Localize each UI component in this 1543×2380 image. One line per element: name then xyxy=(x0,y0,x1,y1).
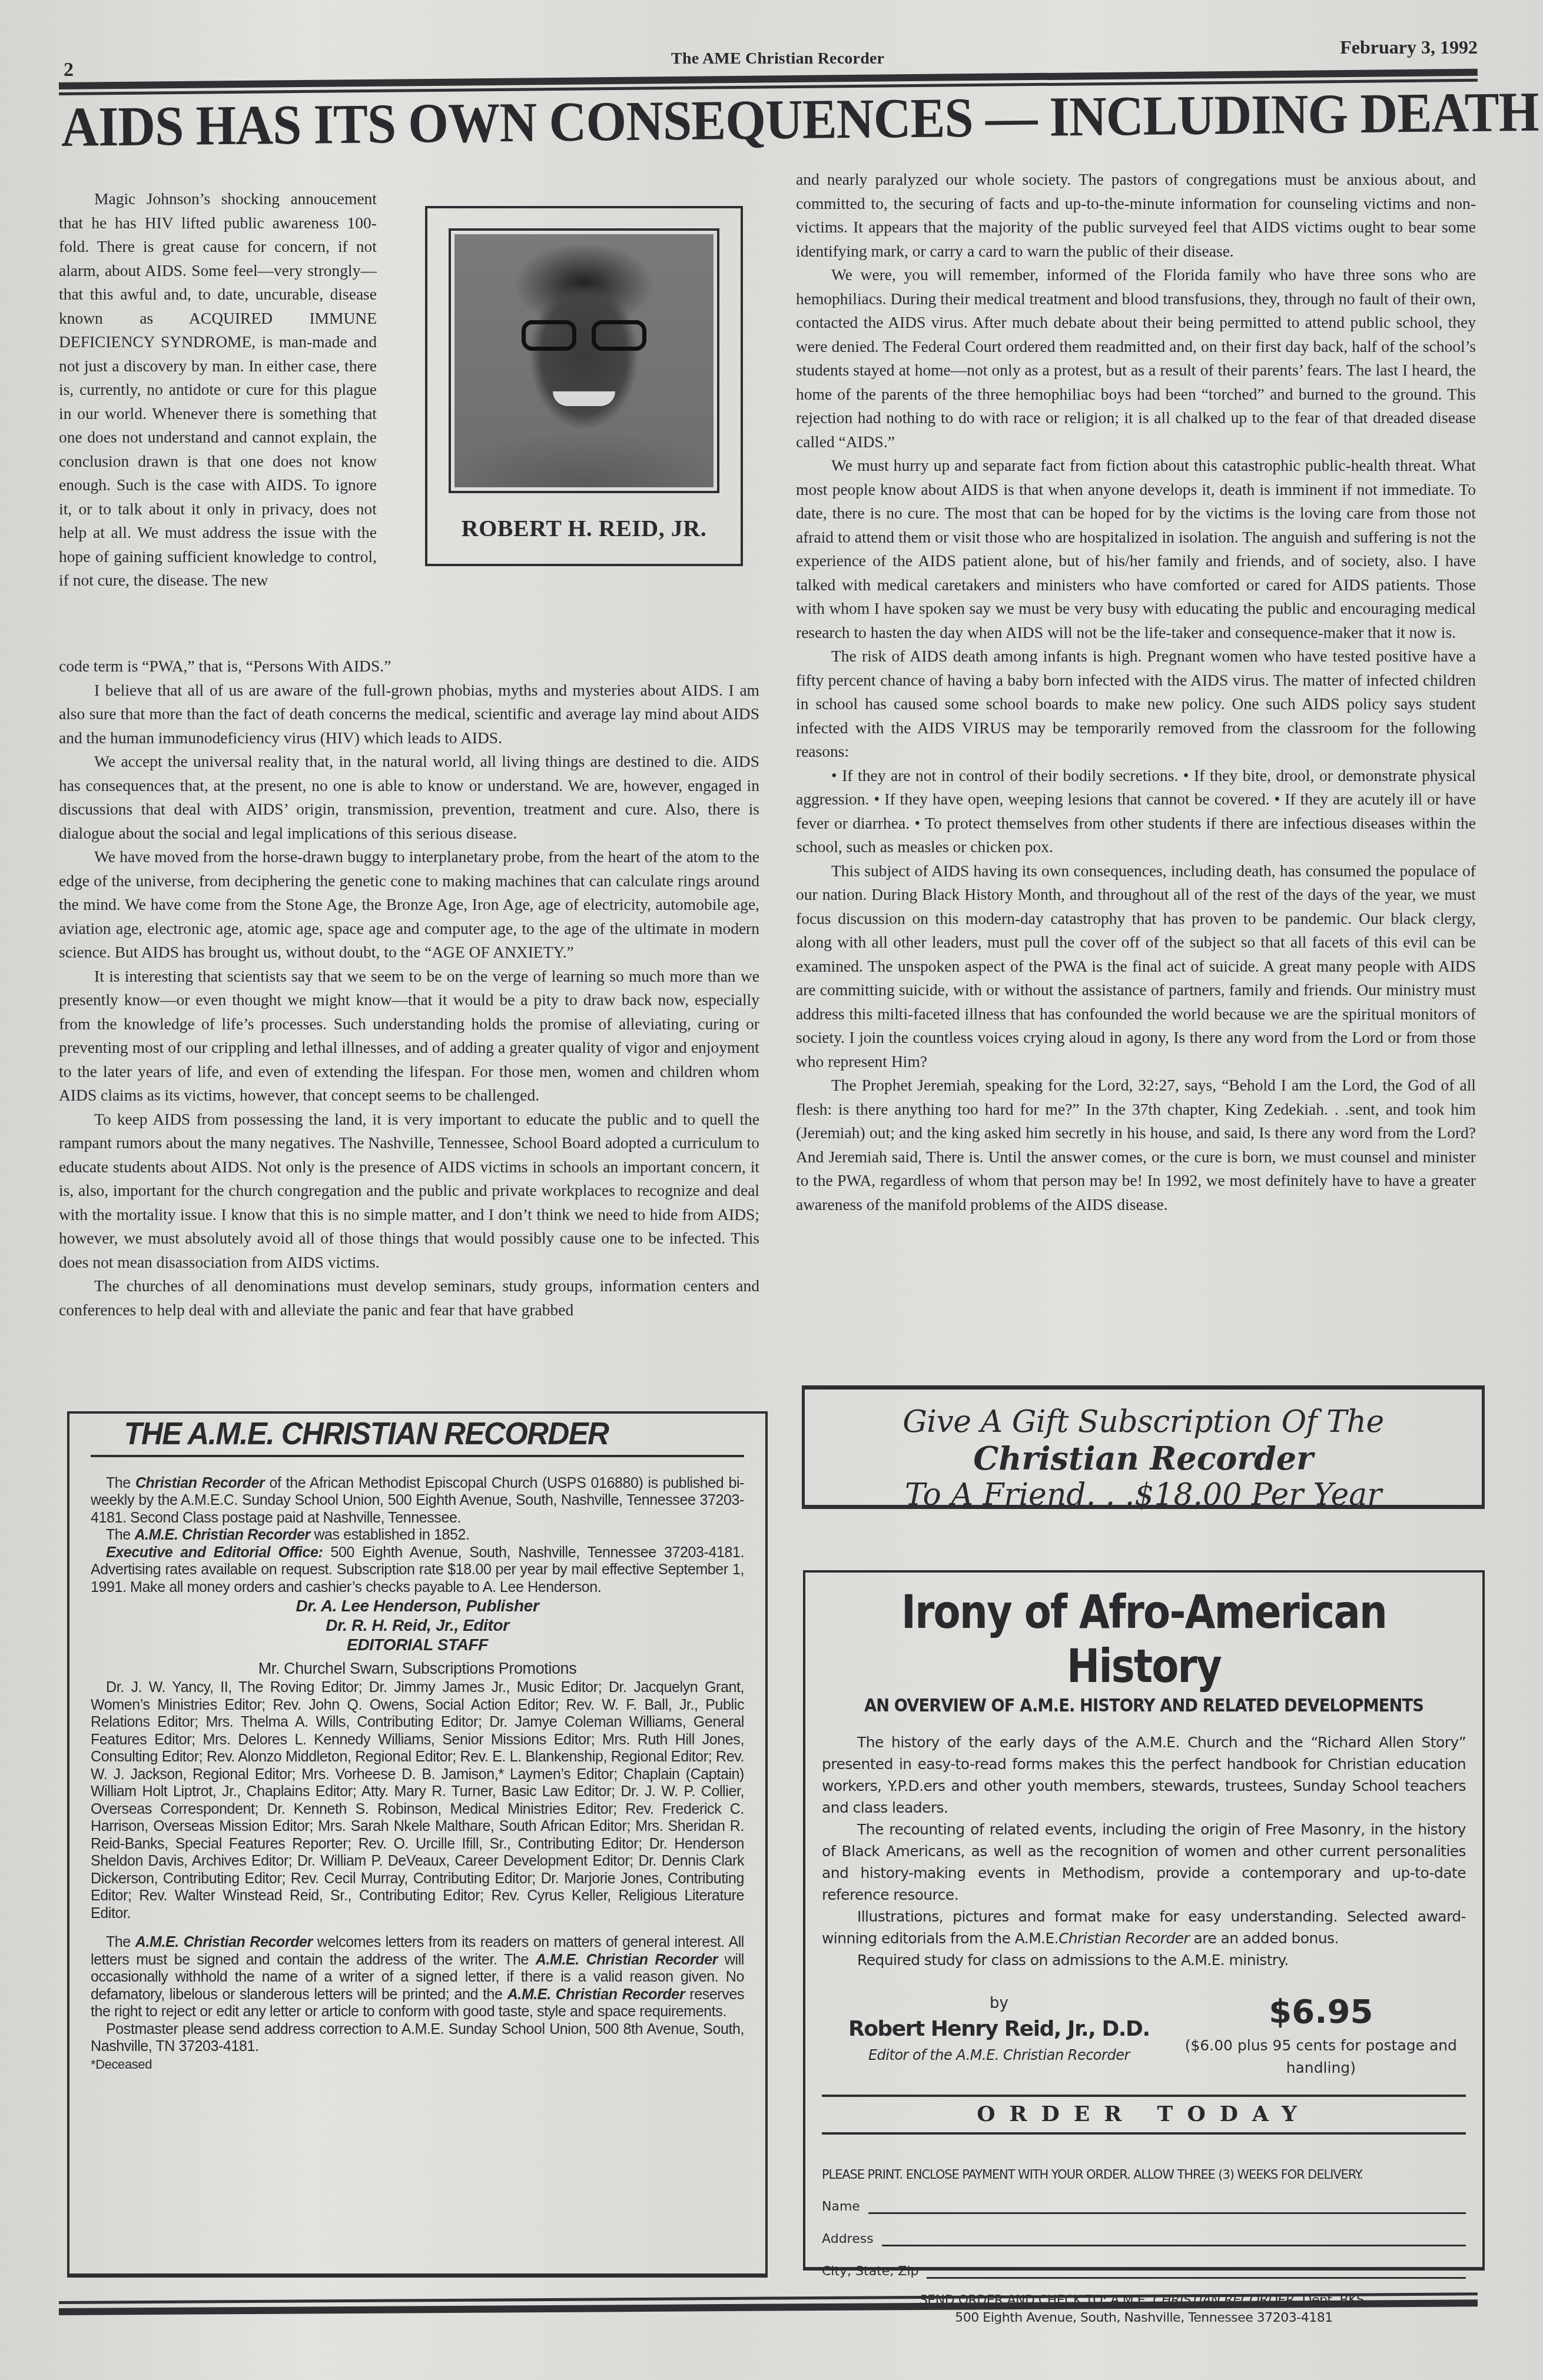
masthead-paragraph: The A.M.E. Christian Recorder was establ… xyxy=(91,1527,744,1544)
city-state-zip-input-line[interactable] xyxy=(927,2265,1466,2279)
book-order-ad: Irony of Afro-American History AN OVERVI… xyxy=(803,1570,1485,2271)
author-portrait-image xyxy=(454,234,714,487)
article-paragraph: Magic Johnson’s shocking annoucement tha… xyxy=(59,187,377,593)
gift-ad-line-3: To A Friend. . .$18.00 Per Year xyxy=(805,1477,1482,1513)
article-paragraph: We must hurry up and separate fact from … xyxy=(796,454,1476,644)
article-bullet-paragraph: • If they are not in control of their bo… xyxy=(796,764,1476,859)
book-price-block: $6.95 ($6.00 plus 95 cents for postage a… xyxy=(1176,1995,1466,2079)
article-paragraph: and nearly paralyzed our whole society. … xyxy=(796,168,1476,263)
article-paragraph: The risk of AIDS death among infants is … xyxy=(796,644,1476,764)
book-author-name: Robert Henry Reid, Jr., D.D. xyxy=(822,2017,1176,2041)
editor-line: Dr. R. H. Reid, Jr., Editor xyxy=(91,1616,744,1635)
editorial-staff-heading: EDITORIAL STAFF xyxy=(91,1635,744,1654)
page-number: 2 xyxy=(64,59,74,81)
article-paragraph: code term is “PWA,” that is, “Persons Wi… xyxy=(59,654,759,679)
letters-policy: The A.M.E. Christian Recorder welcomes l… xyxy=(91,1934,744,2021)
order-field-city-state-zip[interactable]: City, State, Zip xyxy=(822,2264,1466,2279)
masthead-title: THE A.M.E. CHRISTIAN RECORDER xyxy=(91,1425,705,1443)
article-paragraph: To keep AIDS from possessing the land, i… xyxy=(59,1108,759,1275)
address-input-line[interactable] xyxy=(882,2232,1466,2246)
article-column-right: and nearly paralyzed our whole society. … xyxy=(796,168,1476,1216)
masthead-box: THE A.M.E. CHRISTIAN RECORDER The Christ… xyxy=(67,1411,768,2278)
issue-date: February 3, 1992 xyxy=(1340,36,1478,58)
article-paragraph: We have moved from the horse-drawn buggy… xyxy=(59,845,759,965)
article-paragraph: We accept the universal reality that, in… xyxy=(59,750,759,845)
article-paragraph: It is interesting that scientists say th… xyxy=(59,965,759,1108)
order-field-address[interactable]: Address xyxy=(822,2232,1466,2246)
name-input-line[interactable] xyxy=(868,2200,1466,2214)
article-paragraph: We were, you will remember, informed of … xyxy=(796,263,1476,454)
publisher-line: Dr. A. Lee Henderson, Publisher xyxy=(91,1596,744,1616)
order-field-name[interactable]: Name xyxy=(822,2199,1466,2214)
author-photo-frame: ROBERT H. REID, JR. xyxy=(425,206,743,566)
book-subtitle: AN OVERVIEW OF A.M.E. HISTORY AND RELATE… xyxy=(861,1695,1428,1716)
article-paragraph: I believe that all of us are aware of th… xyxy=(59,679,759,750)
gift-ad-line-1: Give A Gift Subscription Of The xyxy=(805,1404,1482,1440)
book-description: The history of the early days of the A.M… xyxy=(822,1731,1466,1971)
publication-name: The AME Christian Recorder xyxy=(671,49,884,68)
subscriptions-line: Mr. Churchel Swarn, Subscriptions Promot… xyxy=(91,1658,744,1679)
book-author-block: by Robert Henry Reid, Jr., D.D. Editor o… xyxy=(822,1995,1176,2079)
photo-caption: ROBERT H. REID, JR. xyxy=(449,514,719,542)
gift-subscription-ad: Give A Gift Subscription Of The Christia… xyxy=(802,1385,1485,1509)
book-author-role: Editor of the A.M.E. Christian Recorder xyxy=(822,2047,1176,2063)
gift-ad-line-2: Christian Recorder xyxy=(805,1440,1482,1477)
order-instructions: PLEASE PRINT. ENCLOSE PAYMENT WITH YOUR … xyxy=(822,2168,1466,2182)
article-column-left: code term is “PWA,” that is, “Persons Wi… xyxy=(59,654,759,1322)
masthead-paragraph: Executive and Editorial Office: 500 Eigh… xyxy=(91,1544,744,1597)
article-paragraph: The churches of all denominations must d… xyxy=(59,1274,759,1322)
book-price-note: ($6.00 plus 95 cents for postage and han… xyxy=(1176,2035,1466,2079)
article-column-left-top: Magic Johnson’s shocking annoucement tha… xyxy=(59,187,377,593)
postmaster-note: Postmaster please send address correctio… xyxy=(91,2021,744,2056)
staff-list: Dr. J. W. Yancy, II, The Roving Editor; … xyxy=(91,1679,744,1922)
order-today-heading: ORDER TODAY xyxy=(822,2097,1466,2132)
masthead-paragraph: The Christian Recorder of the African Me… xyxy=(91,1475,744,1527)
deceased-footnote: *Deceased xyxy=(91,2056,744,2073)
article-paragraph: This subject of AIDS having its own cons… xyxy=(796,859,1476,1074)
masthead-rule xyxy=(91,1455,744,1457)
book-title: Irony of Afro-American History xyxy=(867,1585,1421,1694)
article-paragraph: The Prophet Jeremiah, speaking for the L… xyxy=(796,1073,1476,1216)
newspaper-page: 2 The AME Christian Recorder February 3,… xyxy=(59,0,1478,2380)
glasses-shape xyxy=(522,320,646,351)
book-price: $6.95 xyxy=(1176,1995,1466,2030)
article-headline: AIDS HAS ITS OWN CONSEQUENCES — INCLUDIN… xyxy=(61,81,1362,159)
